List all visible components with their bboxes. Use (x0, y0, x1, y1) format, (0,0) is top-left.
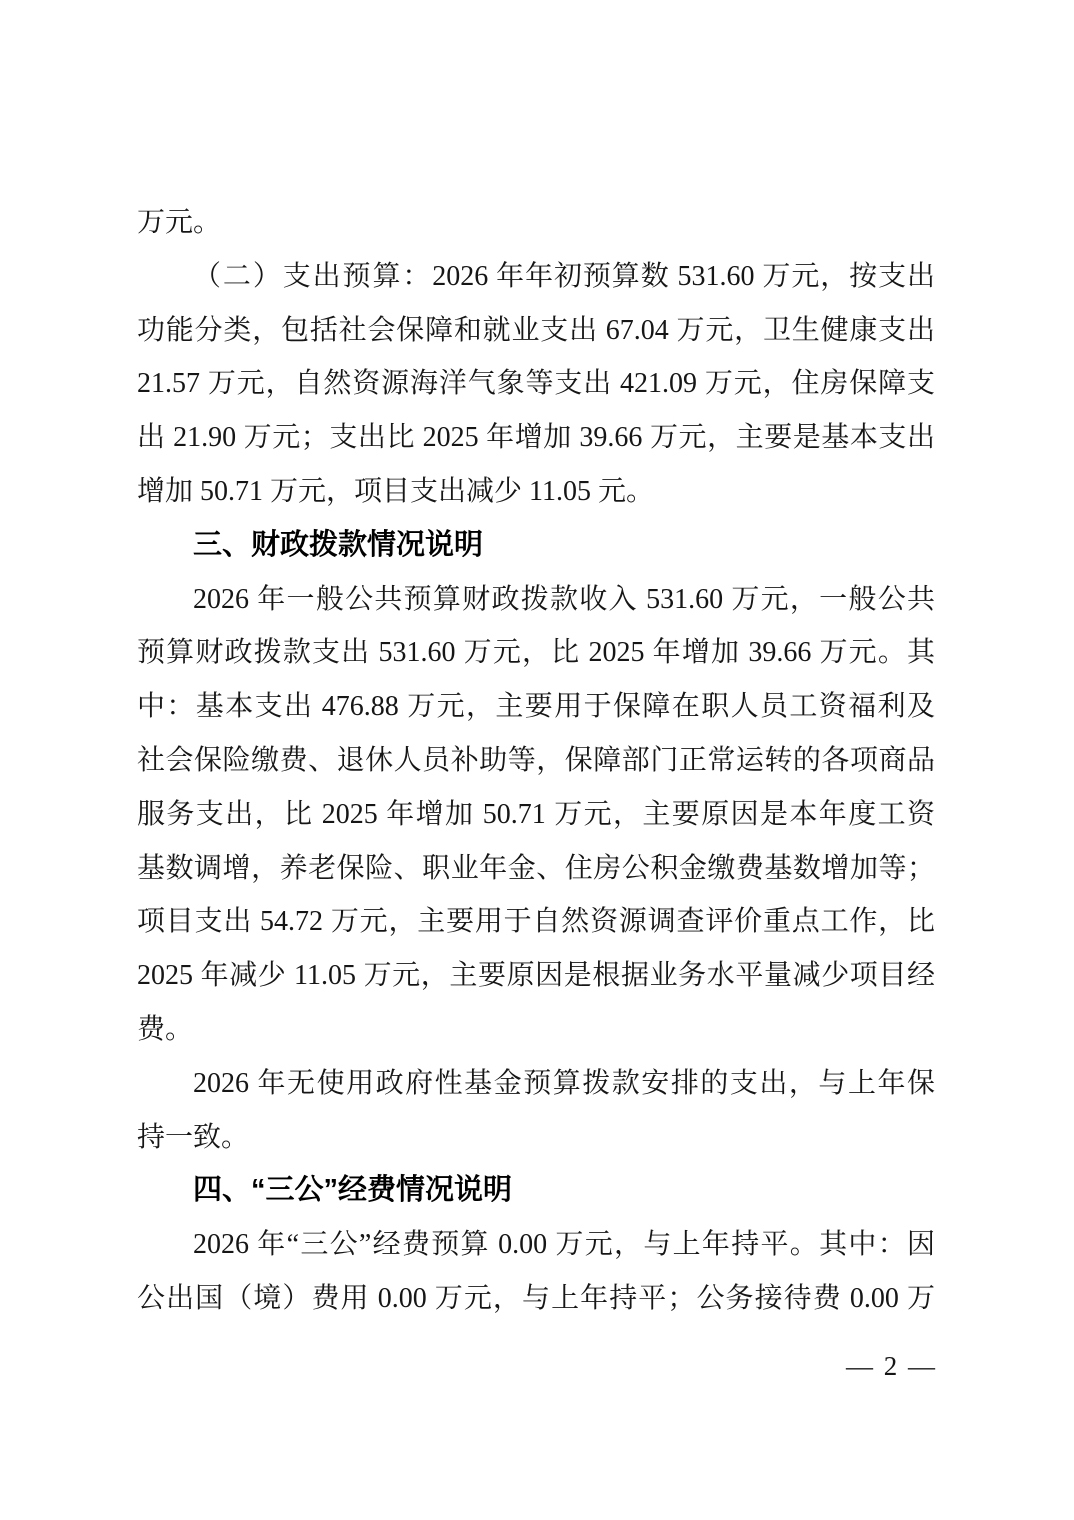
text-line: 出 21.90 万元；支出比 2025 年增加 39.66 万元，主要是基本支出 (137, 411, 935, 465)
paragraph-lead: （二）支出预算： (193, 261, 432, 292)
text-line: 21.57 万元，自然资源海洋气象等支出 421.09 万元，住房保障支 (137, 357, 935, 411)
text-line: 基数调增，养老保险、职业年金、住房公积金缴费基数增加等； (137, 842, 935, 896)
page-number: — 2 — (846, 1349, 937, 1383)
section-heading: 三、财政拨款情况说明 (137, 519, 935, 573)
text-line: 预算财政拨款支出 531.60 万元，比 2025 年增加 39.66 万元。其 (137, 626, 935, 680)
text-line: 中：基本支出 476.88 万元，主要用于保障在职人员工资福利及 (137, 680, 935, 734)
text-line: 持一致。 (137, 1111, 935, 1165)
text-line: 费。 (137, 1003, 935, 1057)
text-line: 2026 年“三公”经费预算 0.00 万元，与上年持平。其中：因 (137, 1218, 935, 1272)
text-line: 2026 年一般公共预算财政拨款收入 531.60 万元，一般公共 (137, 573, 935, 627)
section-heading: 四、“三公”经费情况说明 (137, 1164, 935, 1218)
text-line: 公出国（境）费用 0.00 万元，与上年持平；公务接待费 0.00 万 (137, 1272, 935, 1326)
text-line: 2025 年减少 11.05 万元，主要原因是根据业务水平量减少项目经 (137, 949, 935, 1003)
document-page: 万元。（二）支出预算：2026 年年初预算数 531.60 万元，按支出功能分类… (0, 0, 1074, 1520)
text-line: 功能分类，包括社会保障和就业支出 67.04 万元，卫生健康支出 (137, 304, 935, 358)
text-line: 社会保险缴费、退休人员补助等，保障部门正常运转的各项商品 (137, 734, 935, 788)
text-line: （二）支出预算：2026 年年初预算数 531.60 万元，按支出 (137, 250, 935, 304)
text-line: 项目支出 54.72 万元，主要用于自然资源调查评价重点工作，比 (137, 895, 935, 949)
text-line: 2026 年无使用政府性基金预算拨款安排的支出，与上年保 (137, 1057, 935, 1111)
document-body: 万元。（二）支出预算：2026 年年初预算数 531.60 万元，按支出功能分类… (137, 196, 935, 1326)
text-line: 增加 50.71 万元，项目支出减少 11.05 元。 (137, 465, 935, 519)
text-line: 服务支出，比 2025 年增加 50.71 万元，主要原因是本年度工资 (137, 788, 935, 842)
text-line: 万元。 (137, 196, 935, 250)
